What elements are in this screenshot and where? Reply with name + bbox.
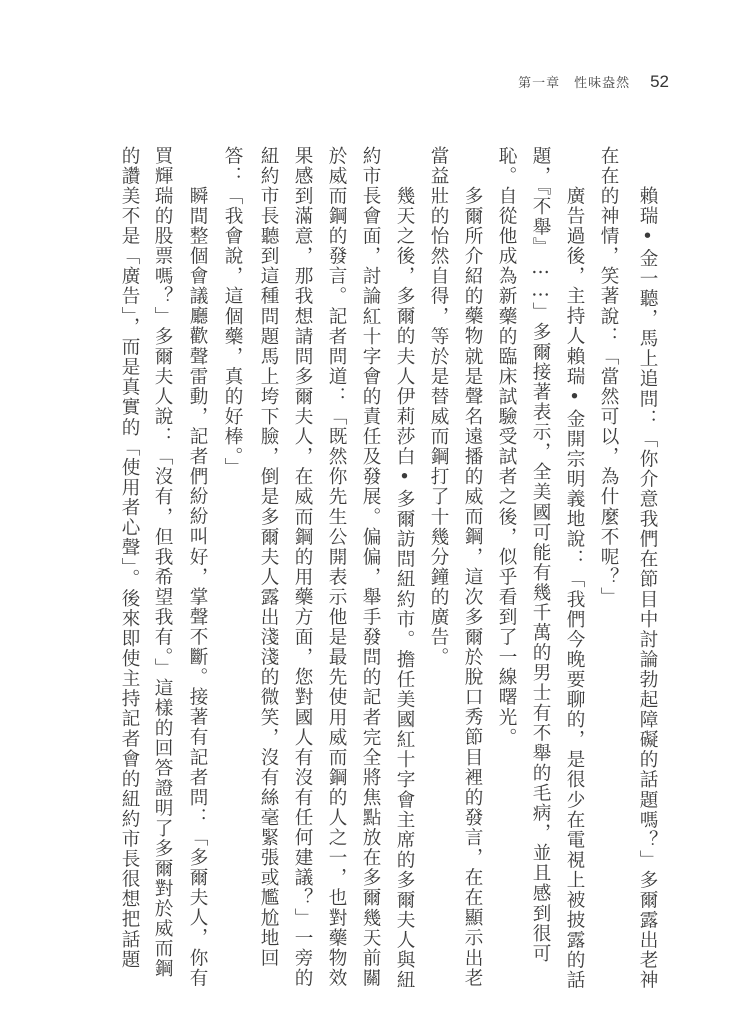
running-header: 第一章 性味盎然 52 bbox=[518, 72, 669, 92]
text-column-3: 廣告過後，主持人賴瑞•金開宗明義地說：「我們今晚要聊的，是很少在電視上被披露的話 bbox=[563, 146, 585, 990]
page-number: 52 bbox=[650, 72, 669, 92]
text-column-6: 多爾所介紹的藥物就是聲名遠播的威而鋼，這次多爾於脫口秀節目裡的發言，在在顯示出老 bbox=[461, 146, 483, 988]
text-column-14: 瞬間整個會議廳歡聲雷動，記者們紛紛叫好，掌聲不斷。接著有記者問：「多爾夫人，你有 bbox=[186, 146, 208, 988]
text-column-4: 題，『不舉』……」多爾接著表示，全美國可能有幾千萬的男士有不舉的毛病，並且感到很… bbox=[529, 146, 551, 964]
text-column-13: 答：「我會說，這個藥，真的好棒。」 bbox=[221, 146, 243, 478]
text-column-10: 於威而鋼的發言。記者問道：「既然你先生公開表示他是最先使用威而鋼的人之一，也對藥… bbox=[325, 146, 347, 988]
text-column-9: 約市長會面，討論紅十字會的責任及發展。偏偏，舉手發問的記者完全將焦點放在多爾幾天… bbox=[359, 146, 381, 988]
text-column-15: 買輝瑞的股票嗎？」多爾夫人說：「沒有，但我希望我有。」這樣的回答證明了多爾對於威… bbox=[151, 146, 173, 979]
text-column-7: 當益壯的怡然自得，等於是替威而鋼打了十幾分鐘的廣告。 bbox=[427, 146, 449, 667]
text-column-5: 恥。自從他成為新藥的臨床試驗受試者之後，似乎看到了一線曙光。 bbox=[495, 146, 517, 748]
text-column-11: 果感到滿意，那我想請問多爾夫人，在威而鋼的用藥方面，您對國人有沒有任何建議？」一… bbox=[291, 146, 313, 988]
text-column-16: 的讚美不是「廣告」，而是真實的「使用者心聲」。後來即使主持記者會的紐約市長很想把… bbox=[118, 146, 140, 970]
chapter-title: 第一章 性味盎然 bbox=[518, 72, 630, 91]
vertical-text-body: 賴瑞•金一聽，馬上追問：「你介意我們在節目中討論勃起障礙的話題嗎？」多爾露出老神… bbox=[118, 146, 663, 951]
text-column-2: 在在的神情，笑著說：「當然可以，為什麼不呢？」 bbox=[597, 146, 619, 607]
text-column-1: 賴瑞•金一聽，馬上追問：「你介意我們在節目中討論勃起障礙的話題嗎？」多爾露出老神 bbox=[636, 146, 658, 990]
text-column-12: 紐約市長聽到這種問題馬上垮下臉，倒是多爾夫人露出淺淺的微笑，沒有絲毫緊張或尷尬地… bbox=[257, 146, 279, 968]
text-column-8: 幾天之後，多爾的夫人伊莉莎白•多爾訪問紐約市。擔任美國紅十字會主席的多爾夫人與紐 bbox=[393, 146, 415, 990]
